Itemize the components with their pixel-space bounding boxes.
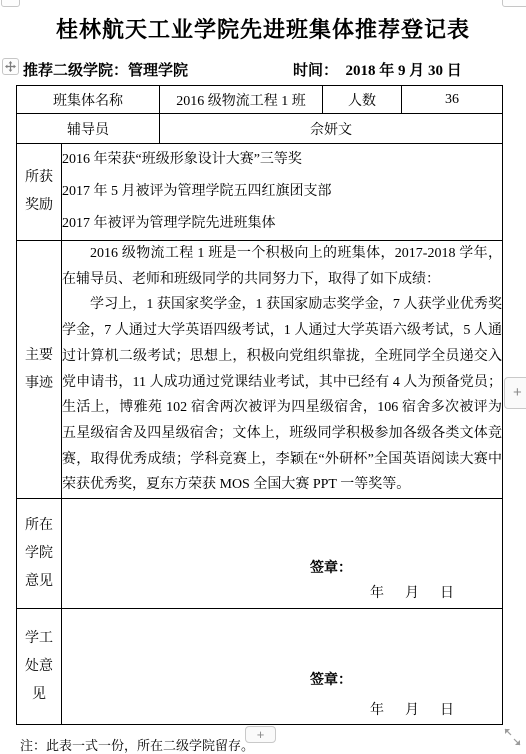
award-line: 2016 年荣获“班级形象设计大赛”三等奖	[62, 144, 502, 176]
award-line: 2017 年 5 月被评为管理学院五四红旗团支部	[62, 176, 502, 208]
top-left-partial-button[interactable]	[1, 0, 20, 7]
move-icon	[5, 61, 16, 72]
table-row: 所在 学院 意见 签章： 年 月 日	[17, 499, 503, 609]
insert-row-button-bottom[interactable]: +	[245, 726, 276, 743]
form-table: 班集体名称 2016 级物流工程 1 班 人数 36 辅导员 佘妍文 所获 奖励…	[16, 85, 503, 725]
class-name-label: 班集体名称	[17, 86, 160, 114]
top-right-partial-button[interactable]	[502, 0, 526, 7]
student-affairs-cell[interactable]: 签章： 年 月 日	[62, 609, 503, 725]
headcount-label: 人数	[323, 86, 402, 114]
table-row: 辅导员 佘妍文	[17, 114, 503, 144]
table-row: 所获 奖励 2016 年荣获“班级形象设计大赛”三等奖 2017 年 5 月被评…	[17, 144, 503, 241]
insert-row-button-right[interactable]: +	[504, 377, 526, 409]
student-affairs-label: 学工 处意 见	[17, 609, 62, 725]
awards-label: 所获 奖励	[17, 144, 62, 241]
deeds-paragraph: 学习上，1 获国家奖学金，1 获国家励志奖学金，7 人获学业优秀奖学金，7 人通…	[62, 292, 502, 498]
award-line: 2017 年被评为管理学院先进班集体	[62, 208, 502, 240]
resize-diagonal-icon	[504, 728, 522, 746]
deeds-paragraph: 2016 级物流工程 1 班是一个积极向上的班集体，2017-2018 学年，在…	[62, 241, 502, 292]
date-line-header: 时间： 2018 年 9 月 30 日	[293, 59, 462, 80]
college-opinion-cell[interactable]: 签章： 年 月 日	[62, 499, 503, 609]
plus-icon: +	[513, 384, 522, 401]
table-row: 主要 事迹 2016 级物流工程 1 班是一个积极向上的班集体，2017-201…	[17, 241, 503, 499]
counselor-value[interactable]: 佘妍文	[160, 114, 503, 144]
table-move-handle[interactable]	[2, 58, 19, 75]
college-opinion-label: 所在 学院 意见	[17, 499, 62, 609]
deeds-label: 主要 事迹	[17, 241, 62, 499]
college-date-line: 年 月 日	[370, 582, 454, 602]
class-name-value[interactable]: 2016 级物流工程 1 班	[160, 86, 323, 114]
footnote: 注：此表一式一份，所在二级学院留存。	[20, 735, 254, 754]
student-affairs-sign-label: 签章：	[310, 669, 352, 689]
deeds-cell[interactable]: 2016 级物流工程 1 班是一个积极向上的班集体，2017-2018 学年，在…	[62, 241, 503, 499]
awards-cell[interactable]: 2016 年荣获“班级形象设计大赛”三等奖 2017 年 5 月被评为管理学院五…	[62, 144, 503, 241]
recommender-college-line: 推荐二级学院：管理学院	[23, 59, 188, 80]
plus-icon: +	[257, 727, 265, 742]
document-page: 桂林航天工业学院先进班集体推荐登记表 推荐二级学院：管理学院 时间： 2018 …	[0, 0, 526, 754]
table-row: 班集体名称 2016 级物流工程 1 班 人数 36	[17, 86, 503, 114]
college-sign-label: 签章：	[310, 557, 352, 577]
counselor-label: 辅导员	[17, 114, 160, 144]
headcount-value[interactable]: 36	[402, 86, 503, 114]
page-title: 桂林航天工业学院先进班集体推荐登记表	[0, 13, 526, 44]
student-affairs-date-line: 年 月 日	[370, 699, 454, 719]
resize-handle[interactable]	[504, 728, 522, 747]
table-row: 学工 处意 见 签章： 年 月 日	[17, 609, 503, 725]
